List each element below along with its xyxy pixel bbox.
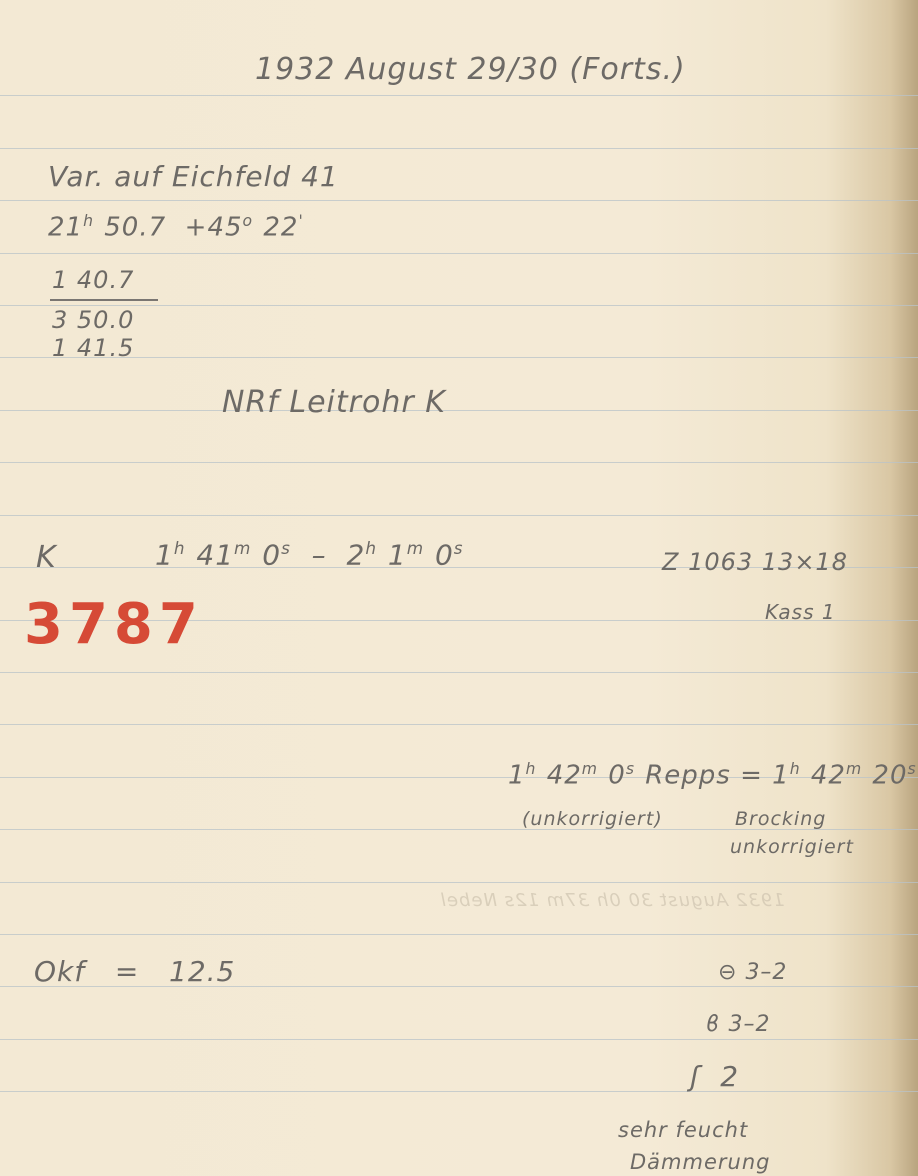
start-seconds: 0	[262, 538, 281, 571]
scintillation-value: 2	[720, 1060, 739, 1093]
end-hours: 2	[346, 538, 365, 571]
ruled-line	[0, 724, 918, 725]
right-clock-note-1: Brocking	[735, 808, 826, 830]
left-hours: 1	[508, 761, 526, 791]
ruled-line	[0, 1091, 918, 1092]
bleed-through-text: 1932 August 30 0h 37m 12s Nebel	[440, 890, 785, 911]
cassette-label: Kass 1	[765, 600, 836, 624]
focus-equals: =	[115, 955, 139, 988]
ruled-line	[0, 253, 918, 254]
left-clock-note: (unkorrigiert)	[522, 808, 663, 830]
ruled-line	[0, 357, 918, 358]
computation-line-2: 1 40.7	[52, 266, 134, 294]
ruled-line	[0, 410, 918, 411]
exposure-prefix: K	[36, 540, 57, 575]
seeing-row: ⊖ 3–2	[718, 960, 787, 985]
time-comparison: 1h 42m 0s Repps = 1h 42m 20s	[508, 760, 918, 791]
ruled-line	[0, 515, 918, 516]
left-seconds: 0	[608, 761, 626, 791]
clock-label: Repps	[645, 761, 731, 791]
ruled-line	[0, 672, 918, 673]
transparency-icon: ϐ	[706, 1012, 721, 1037]
ruled-line	[0, 200, 918, 201]
twilight-note: Dämmerung	[630, 1150, 770, 1174]
declination-minutes: 22	[263, 213, 298, 243]
ruled-line	[0, 462, 918, 463]
focus-value: 12.5	[169, 955, 235, 988]
seeing-value: 3–2	[745, 960, 787, 985]
plate-number: 3787	[24, 592, 204, 657]
transparency-row: ϐ 3–2	[706, 1012, 771, 1037]
right-clock-note-2: unkorrigiert	[730, 836, 854, 858]
ruled-line	[0, 1039, 918, 1040]
ruled-line	[0, 305, 918, 306]
plate-info: Z 1063 13×18	[662, 548, 848, 576]
variable-star-heading: Var. auf Eichfeld 41	[48, 160, 339, 193]
scintillation-row: ʃ 2	[690, 1060, 739, 1093]
scintillation-icon: ʃ	[690, 1060, 700, 1093]
end-minutes: 1	[388, 538, 407, 571]
range-separator: –	[312, 538, 327, 571]
ruled-line	[0, 882, 918, 883]
humidity-note: sehr feucht	[618, 1118, 748, 1142]
ra-minutes: 50.7	[104, 213, 166, 243]
instrument-label: NRf Leitrohr K	[222, 385, 446, 420]
sum-underline	[50, 299, 158, 301]
computation-line-4: 1 41.5	[52, 334, 134, 362]
ruled-line	[0, 148, 918, 149]
transparency-value: 3–2	[729, 1012, 771, 1037]
start-hours: 1	[155, 538, 174, 571]
ruled-line	[0, 934, 918, 935]
exposure-time-range: 1h 41m 0s – 2h 1m 0s	[155, 538, 465, 571]
equals-sign: =	[740, 761, 763, 791]
right-hours: 1	[772, 761, 790, 791]
ruled-line	[0, 95, 918, 96]
focus-line: Okf = 12.5	[34, 955, 235, 988]
right-minutes: 42	[811, 761, 846, 791]
coordinates-line: 21h 50.7 +45o 22'	[48, 212, 305, 243]
left-minutes: 42	[547, 761, 582, 791]
computation-line-3: 3 50.0	[52, 306, 134, 334]
declination: +45	[185, 213, 243, 243]
page-title: 1932 August 29/30 (Forts.)	[255, 52, 686, 87]
right-seconds: 20	[872, 761, 907, 791]
ra-hours: 21	[48, 213, 83, 243]
seeing-icon: ⊖	[718, 960, 737, 985]
notebook-page: 1932 August 30 0h 37m 12s Nebel 1932 Aug…	[0, 0, 918, 1176]
end-seconds: 0	[435, 538, 454, 571]
start-minutes: 41	[196, 538, 234, 571]
focus-label: Okf	[34, 955, 85, 988]
